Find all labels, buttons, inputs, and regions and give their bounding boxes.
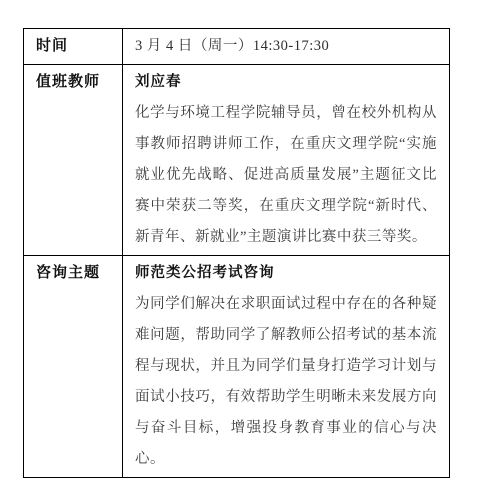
consultation-info-table: 时间 3 月 4 日（周一）14:30-17:30 值班教师 刘应春 化学与环境…	[23, 28, 450, 478]
topic-description: 为同学们解决在求职面试过程中存在的各种疑难问题，帮助同学了解教师公招考试的基本流…	[135, 289, 437, 475]
table-row-topic: 咨询主题 师范类公招考试咨询 为同学们解决在求职面试过程中存在的各种疑难问题，帮…	[24, 256, 450, 478]
time-label: 时间	[24, 29, 123, 65]
topic-label: 咨询主题	[24, 256, 123, 478]
consultation-info-table-wrap: 时间 3 月 4 日（周一）14:30-17:30 值班教师 刘应春 化学与环境…	[23, 28, 449, 478]
teacher-name: 刘应春	[135, 67, 437, 98]
topic-title: 师范类公招考试咨询	[135, 258, 437, 289]
table-row-teacher: 值班教师 刘应春 化学与环境工程学院辅导员，曾在校外机构从事教师招聘讲师工作，在…	[24, 65, 450, 256]
time-value: 3 月 4 日（周一）14:30-17:30	[135, 31, 437, 62]
teacher-label: 值班教师	[24, 65, 123, 256]
table-row-time: 时间 3 月 4 日（周一）14:30-17:30	[24, 29, 450, 65]
teacher-bio: 化学与环境工程学院辅导员，曾在校外机构从事教师招聘讲师工作，在重庆文理学院“实施…	[135, 98, 437, 253]
